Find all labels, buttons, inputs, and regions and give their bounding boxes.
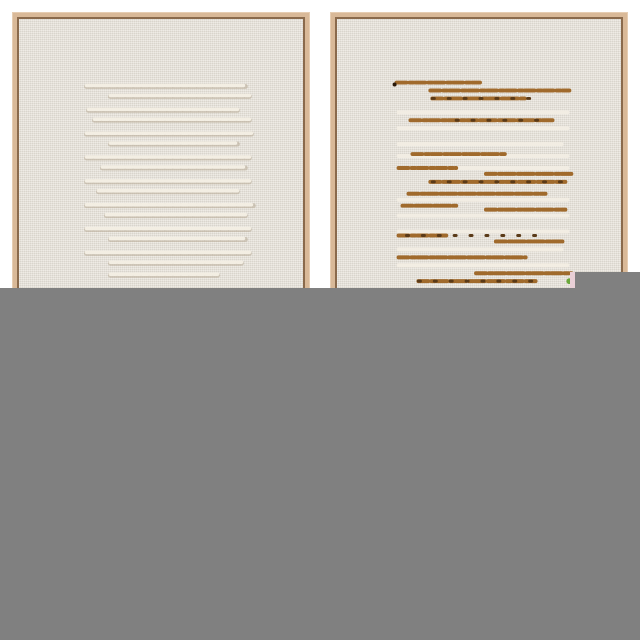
linen-canvas [337,19,621,305]
artwork-frame-right [330,12,628,312]
artwork-frame-left [12,12,310,312]
embroidered-lines-left [19,19,303,305]
embroidered-lines-right [337,19,621,305]
gray-overlay [0,288,640,640]
linen-canvas [19,19,303,305]
